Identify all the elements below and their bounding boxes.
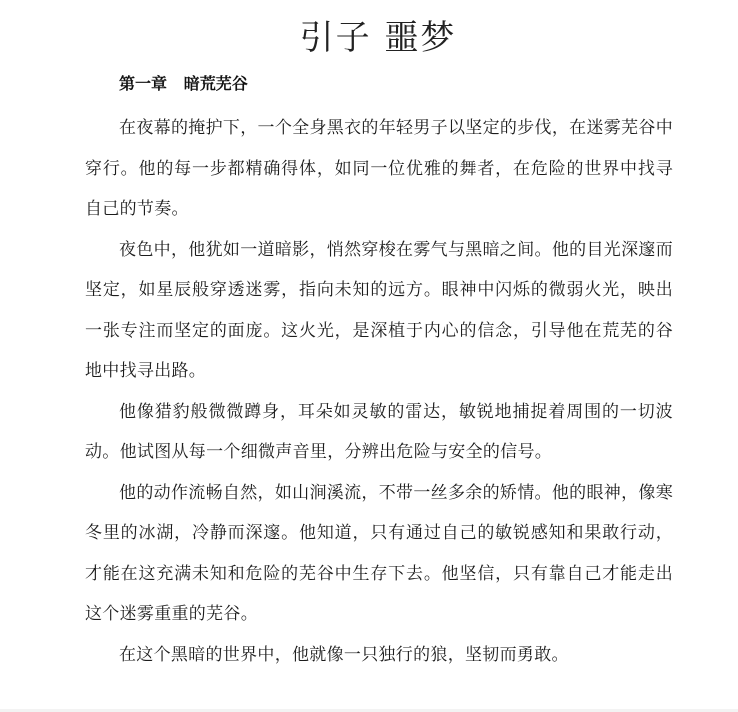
paragraph: 夜色中，他犹如一道暗影，悄然穿梭在雾气与黑暗之间。他的目光深邃而坚定，如星辰般穿… xyxy=(85,230,673,392)
document-title: 引子 噩梦 xyxy=(0,14,738,62)
paragraph: 他的动作流畅自然，如山涧溪流，不带一丝多余的矫情。他的眼神，像寒冬里的冰湖，冷静… xyxy=(85,473,673,635)
paragraph: 在这个黑暗的世界中，他就像一只独行的狼，坚韧而勇敢。 xyxy=(85,635,673,676)
chapter-heading: 第一章 暗荒芜谷 xyxy=(119,72,248,96)
document-body: 在夜幕的掩护下，一个全身黑衣的年轻男子以坚定的步伐，在迷雾芜谷中穿行。他的每一步… xyxy=(85,108,673,675)
paragraph: 在夜幕的掩护下，一个全身黑衣的年轻男子以坚定的步伐，在迷雾芜谷中穿行。他的每一步… xyxy=(85,108,673,230)
document-page: 引子 噩梦 第一章 暗荒芜谷 在夜幕的掩护下，一个全身黑衣的年轻男子以坚定的步伐… xyxy=(0,0,738,712)
paragraph: 他像猎豹般微微蹲身，耳朵如灵敏的雷达，敏锐地捕捉着周围的一切波动。他试图从每一个… xyxy=(85,392,673,473)
